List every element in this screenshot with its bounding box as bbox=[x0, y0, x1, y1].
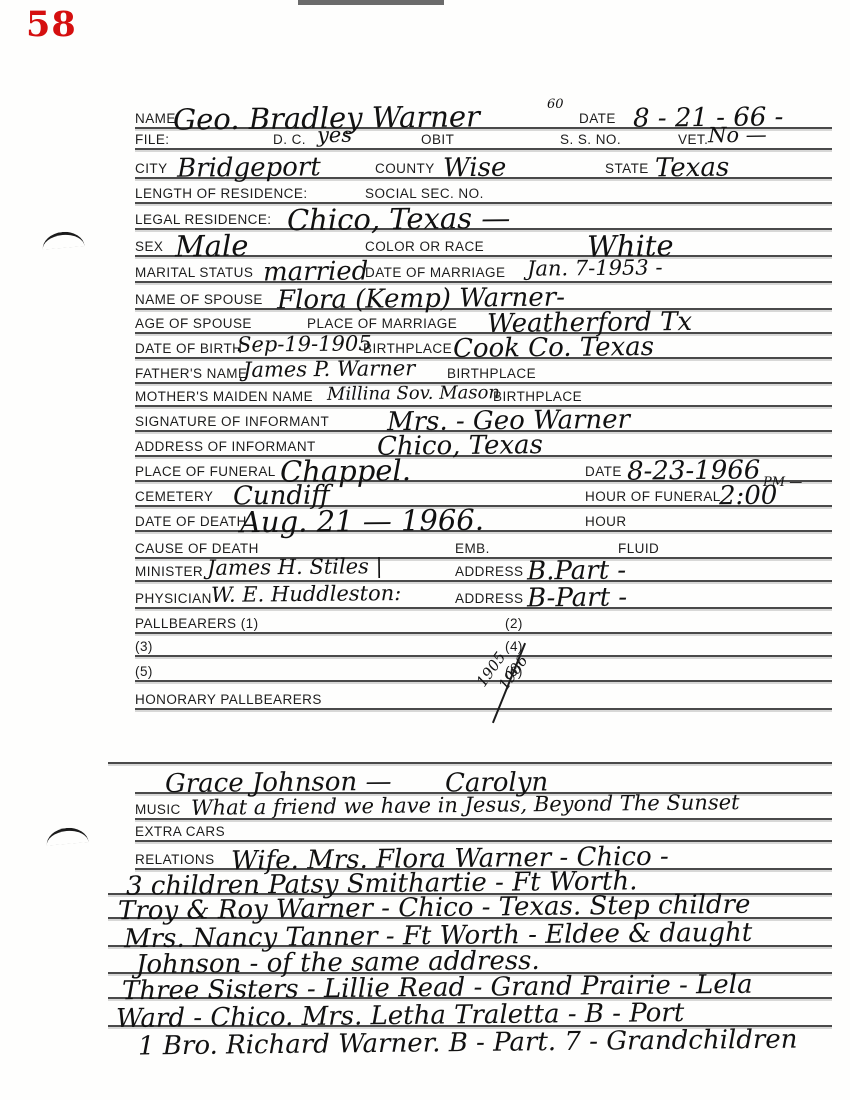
hour-label: HOUR bbox=[585, 515, 627, 529]
form-row-marital: MARITAL STATUS married DATE OF MARRIAGE … bbox=[135, 253, 832, 283]
date-marriage-label: DATE OF MARRIAGE bbox=[365, 266, 505, 280]
form-row-extra-cars: EXTRA CARS bbox=[135, 812, 832, 842]
age-spouse-label: AGE OF SPOUSE bbox=[135, 317, 252, 331]
scanned-funeral-record-page: 58 NAME Geo. Bradley Warner 60 DATE 8 - … bbox=[0, 0, 850, 1100]
marital-status-label: MARITAL STATUS bbox=[135, 266, 253, 280]
date-marriage-value: Jan. 7-1953 - bbox=[527, 257, 663, 279]
place-marriage-label: PLACE OF MARRIAGE bbox=[307, 317, 457, 331]
color-race-label: COLOR OR RACE bbox=[365, 240, 484, 254]
city-label: CITY bbox=[135, 162, 168, 176]
pallbearers-3-label: (3) bbox=[135, 640, 153, 654]
form-row-relations-8: 1 Bro. Richard Warner. B - Part. 7 - Gra… bbox=[108, 1024, 832, 1052]
relations-label: RELATIONS bbox=[135, 853, 215, 867]
place-funeral-label: PLACE OF FUNERAL bbox=[135, 465, 276, 479]
mother-value: Millina Sov. Mason bbox=[327, 384, 500, 404]
vet-label: VET. bbox=[678, 133, 708, 147]
form-row-relations-7: Ward - Chico. Mrs. Letha Traletta - B - … bbox=[108, 997, 832, 1027]
form-row-relations-3: Troy & Roy Warner - Chico - Texas. Step … bbox=[108, 889, 832, 919]
hour-funeral-label: HOUR OF FUNERAL bbox=[585, 490, 721, 504]
vet-value: No — bbox=[708, 125, 767, 147]
dc-label: D. C. bbox=[273, 133, 306, 147]
relations-line-8: 1 Bro. Richard Warner. B - Part. 7 - Gra… bbox=[138, 1027, 798, 1060]
legal-residence-label: LEGAL RESIDENCE: bbox=[135, 213, 272, 227]
physician-value: W. E. Huddleston: bbox=[211, 583, 401, 606]
dob-value: Sep-19-1905 bbox=[237, 333, 372, 355]
cemetery-label: CEMETERY bbox=[135, 490, 213, 504]
form-row-legal-residence: LEGAL RESIDENCE: Chico, Texas — bbox=[135, 200, 832, 230]
page-number: 58 bbox=[26, 4, 77, 45]
date-death-label: DATE OF DEATH bbox=[135, 515, 247, 529]
obit-label: OBIT bbox=[421, 133, 454, 147]
form-row-relations-4: Mrs. Nancy Tanner - Ft Worth - Eldee & d… bbox=[108, 917, 832, 947]
ssno-label: S. S. NO. bbox=[560, 133, 621, 147]
social-sec-label: SOCIAL SEC. NO. bbox=[365, 187, 484, 201]
physician-label: PHYSICIAN bbox=[135, 592, 212, 606]
mother-label: MOTHER'S MAIDEN NAME bbox=[135, 390, 313, 404]
sex-label: SEX bbox=[135, 240, 163, 254]
minister-value: James H. Stiles | bbox=[207, 556, 383, 579]
informant-addr-label: ADDRESS OF INFORMANT bbox=[135, 440, 316, 454]
informant-sig-label: SIGNATURE OF INFORMANT bbox=[135, 415, 329, 429]
margin-check-mark-top bbox=[41, 230, 84, 250]
mother-birthplace-label: BIRTHPLACE bbox=[493, 390, 582, 404]
scan-artifact-bar bbox=[298, 0, 444, 5]
name-superscript: 60 bbox=[547, 98, 564, 111]
form-row-minister: MINISTER James H. Stiles | ADDRESS B.Par… bbox=[135, 552, 832, 582]
length-residence-label: LENGTH OF RESIDENCE: bbox=[135, 187, 308, 201]
form-row-file: FILE: D. C. yes OBIT S. S. NO. VET. No — bbox=[135, 120, 832, 150]
dc-value: yes bbox=[317, 125, 352, 146]
honorary-pallbearers-label: HONORARY PALLBEARERS bbox=[135, 693, 322, 707]
extra-cars-label: EXTRA CARS bbox=[135, 825, 225, 839]
state-label: STATE bbox=[605, 162, 649, 176]
funeral-date-label: DATE bbox=[585, 465, 622, 479]
county-label: COUNTY bbox=[375, 162, 435, 176]
pallbearers-5-label: (5) bbox=[135, 665, 153, 679]
margin-check-mark-bottom bbox=[45, 826, 88, 846]
minister-addr-label: ADDRESS bbox=[455, 565, 523, 579]
form-row-blank bbox=[108, 734, 832, 764]
birthplace-label: BIRTHPLACE bbox=[363, 342, 452, 356]
form-row-relations-6: Three Sisters - Lillie Read - Grand Prai… bbox=[108, 969, 832, 999]
file-label: FILE: bbox=[135, 133, 170, 147]
form-row-date-death: DATE OF DEATH Aug. 21 — 1966. HOUR bbox=[135, 502, 832, 532]
hour-funeral-superscript: PM — bbox=[763, 476, 802, 489]
dob-label: DATE OF BIRTH bbox=[135, 342, 242, 356]
physician-addr-label: ADDRESS bbox=[455, 592, 523, 606]
minister-label: MINISTER bbox=[135, 565, 203, 579]
